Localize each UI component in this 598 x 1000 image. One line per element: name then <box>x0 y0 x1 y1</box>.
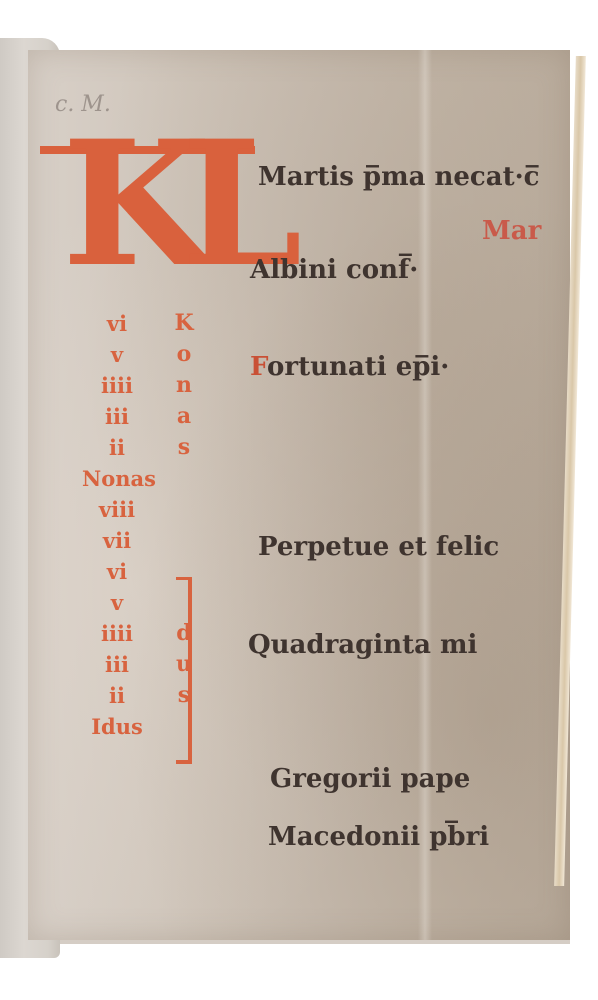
letter: o <box>166 339 202 370</box>
letter: a <box>166 401 202 432</box>
letter <box>166 463 202 494</box>
numeral: viii <box>82 494 152 525</box>
numeral: Nonas <box>82 463 152 494</box>
numeral: vi <box>82 556 152 587</box>
text-line: Albini conf̅· <box>250 255 418 285</box>
numeral: vi <box>82 308 152 339</box>
numeral: iiii <box>82 618 152 649</box>
text-line: Quadraginta mi <box>248 630 477 660</box>
letter: K <box>166 308 202 339</box>
text-line: Fortunati ep̅i· <box>250 352 449 382</box>
rubric-bracket <box>176 577 192 764</box>
letter <box>166 525 202 556</box>
numeral: iii <box>82 649 152 680</box>
numeral: v <box>82 339 152 370</box>
numeral: vii <box>82 525 152 556</box>
numeral: Idus <box>82 711 152 742</box>
numeral: ii <box>82 432 152 463</box>
roman-numeral-column: vi v iiii iii ii Nonas viii vii vi v iii… <box>82 308 152 742</box>
initial-letters: KL <box>62 118 272 290</box>
kl-initial: KL <box>62 146 242 296</box>
letter: s <box>166 432 202 463</box>
text-line: Gregorii pape <box>270 764 470 794</box>
numeral: v <box>82 587 152 618</box>
text-line: Perpetue et felic <box>258 532 499 562</box>
numeral: iiii <box>82 370 152 401</box>
numeral: ii <box>82 680 152 711</box>
letter: n <box>166 370 202 401</box>
text-line: Macedonii pb̅ri <box>268 822 489 852</box>
month-running-head: Mar <box>482 216 541 246</box>
numeral: iii <box>82 401 152 432</box>
letter <box>166 494 202 525</box>
text-line: Martis p̅ma necat·c̅ <box>258 162 540 192</box>
page-bottom-edge <box>60 940 570 944</box>
